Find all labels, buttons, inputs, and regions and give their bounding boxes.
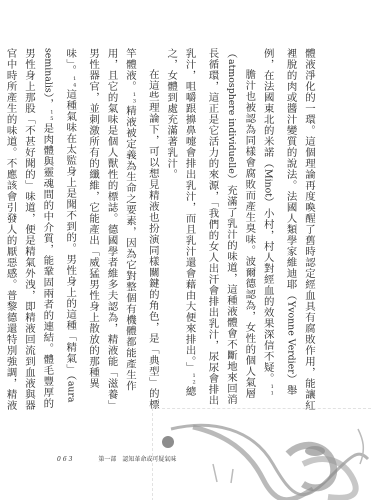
page-footer: 063 第一部 認知革命或可疑氣味	[57, 454, 176, 463]
body-text: 體液淨化的一環。這個理論再度喚醒了舊時認定經血具有腐敗作用，能讓紅裡脫的肉或醬汁…	[52, 48, 318, 412]
running-header: 第一部 認知革命或可疑氣味	[98, 456, 176, 463]
footnote-marker: 12	[191, 373, 197, 386]
footnote-marker: 15	[49, 110, 55, 123]
paragraph: 在這些理論下，可以想見精液也扮演同樣關鍵的角色，是「典型」的標竿體液。13精液被…	[0, 48, 162, 412]
page-number: 063	[57, 456, 74, 463]
latin-term: aura seminalis	[42, 48, 76, 403]
footnote-marker: 11	[269, 384, 275, 397]
latin-term: atmosphere individuelle	[226, 59, 237, 174]
paragraph: 體液淨化的一環。這個理論再度喚醒了舊時認定經血具有腐敗作用，能讓紅裡脫的肉或醬汁…	[258, 48, 318, 412]
footnote-marker: 13	[131, 92, 137, 105]
latin-term: Minot	[263, 169, 274, 197]
marbled-decoration-image	[152, 408, 371, 500]
paragraph: 膽汁也被認為同樣會腐敗而產生臭味。波爾德認為，女性的個人氣層（atmospher…	[162, 48, 259, 412]
latin-term: Yvonne Verdier	[286, 301, 297, 374]
footnote-marker: 14	[72, 76, 78, 89]
